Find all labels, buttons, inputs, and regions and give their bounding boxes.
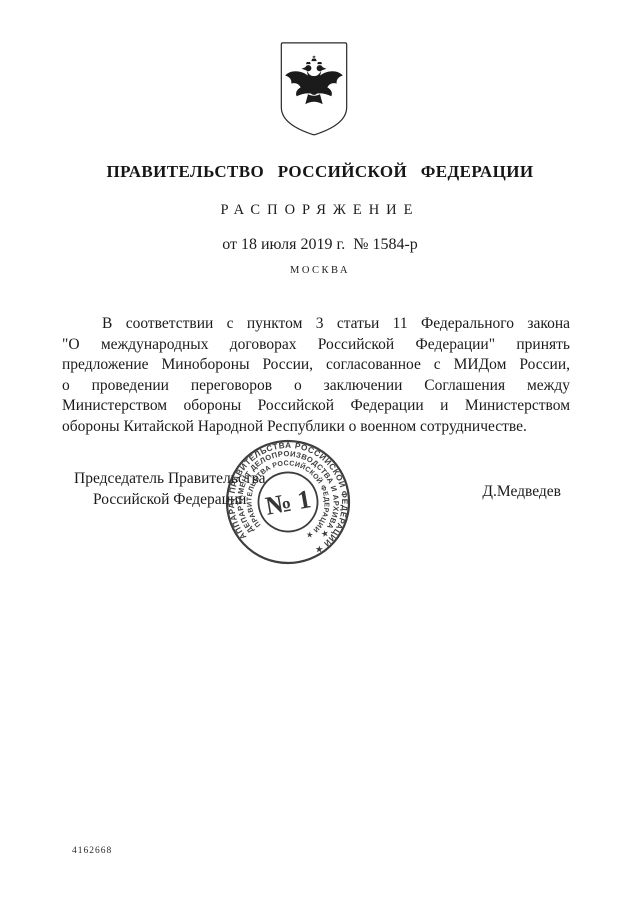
round-registration-stamp: АППАРАТ ПРАВИТЕЛЬСТВА РОССИЙСКОЙ ФЕДЕРАЦ… — [214, 428, 362, 576]
document-page: ПРАВИТЕЛЬСТВО РОССИЙСКОЙ ФЕДЕРАЦИИ РАСПО… — [0, 0, 640, 905]
body-line: В соответствии с пунктом 3 статьи 11 Фед… — [62, 314, 570, 335]
city-label: МОСКВА — [0, 265, 640, 276]
signatory-name: Д.Медведев — [482, 483, 561, 501]
date-and-number-line: от 18 июля 2019 г. № 1584-р — [0, 236, 640, 254]
registration-code: 4162668 — [72, 846, 112, 856]
body-line: предложение Минобороны России, согласова… — [62, 355, 570, 376]
body-line: о проведении переговоров о заключении Со… — [62, 376, 570, 397]
body-line: Министерством обороны Российской Федерац… — [62, 396, 570, 417]
coat-of-arms-icon — [276, 40, 352, 140]
document-type-heading: РАСПОРЯЖЕНИЕ — [0, 202, 640, 219]
body-paragraph: В соответствии с пунктом 3 статьи 11 Фед… — [62, 314, 570, 437]
body-line: "О международных договорах Российской Фе… — [62, 335, 570, 356]
issuing-authority-title: ПРАВИТЕЛЬСТВО РОССИЙСКОЙ ФЕДЕРАЦИИ — [0, 162, 640, 182]
stamp-number: № 1 — [263, 484, 313, 520]
